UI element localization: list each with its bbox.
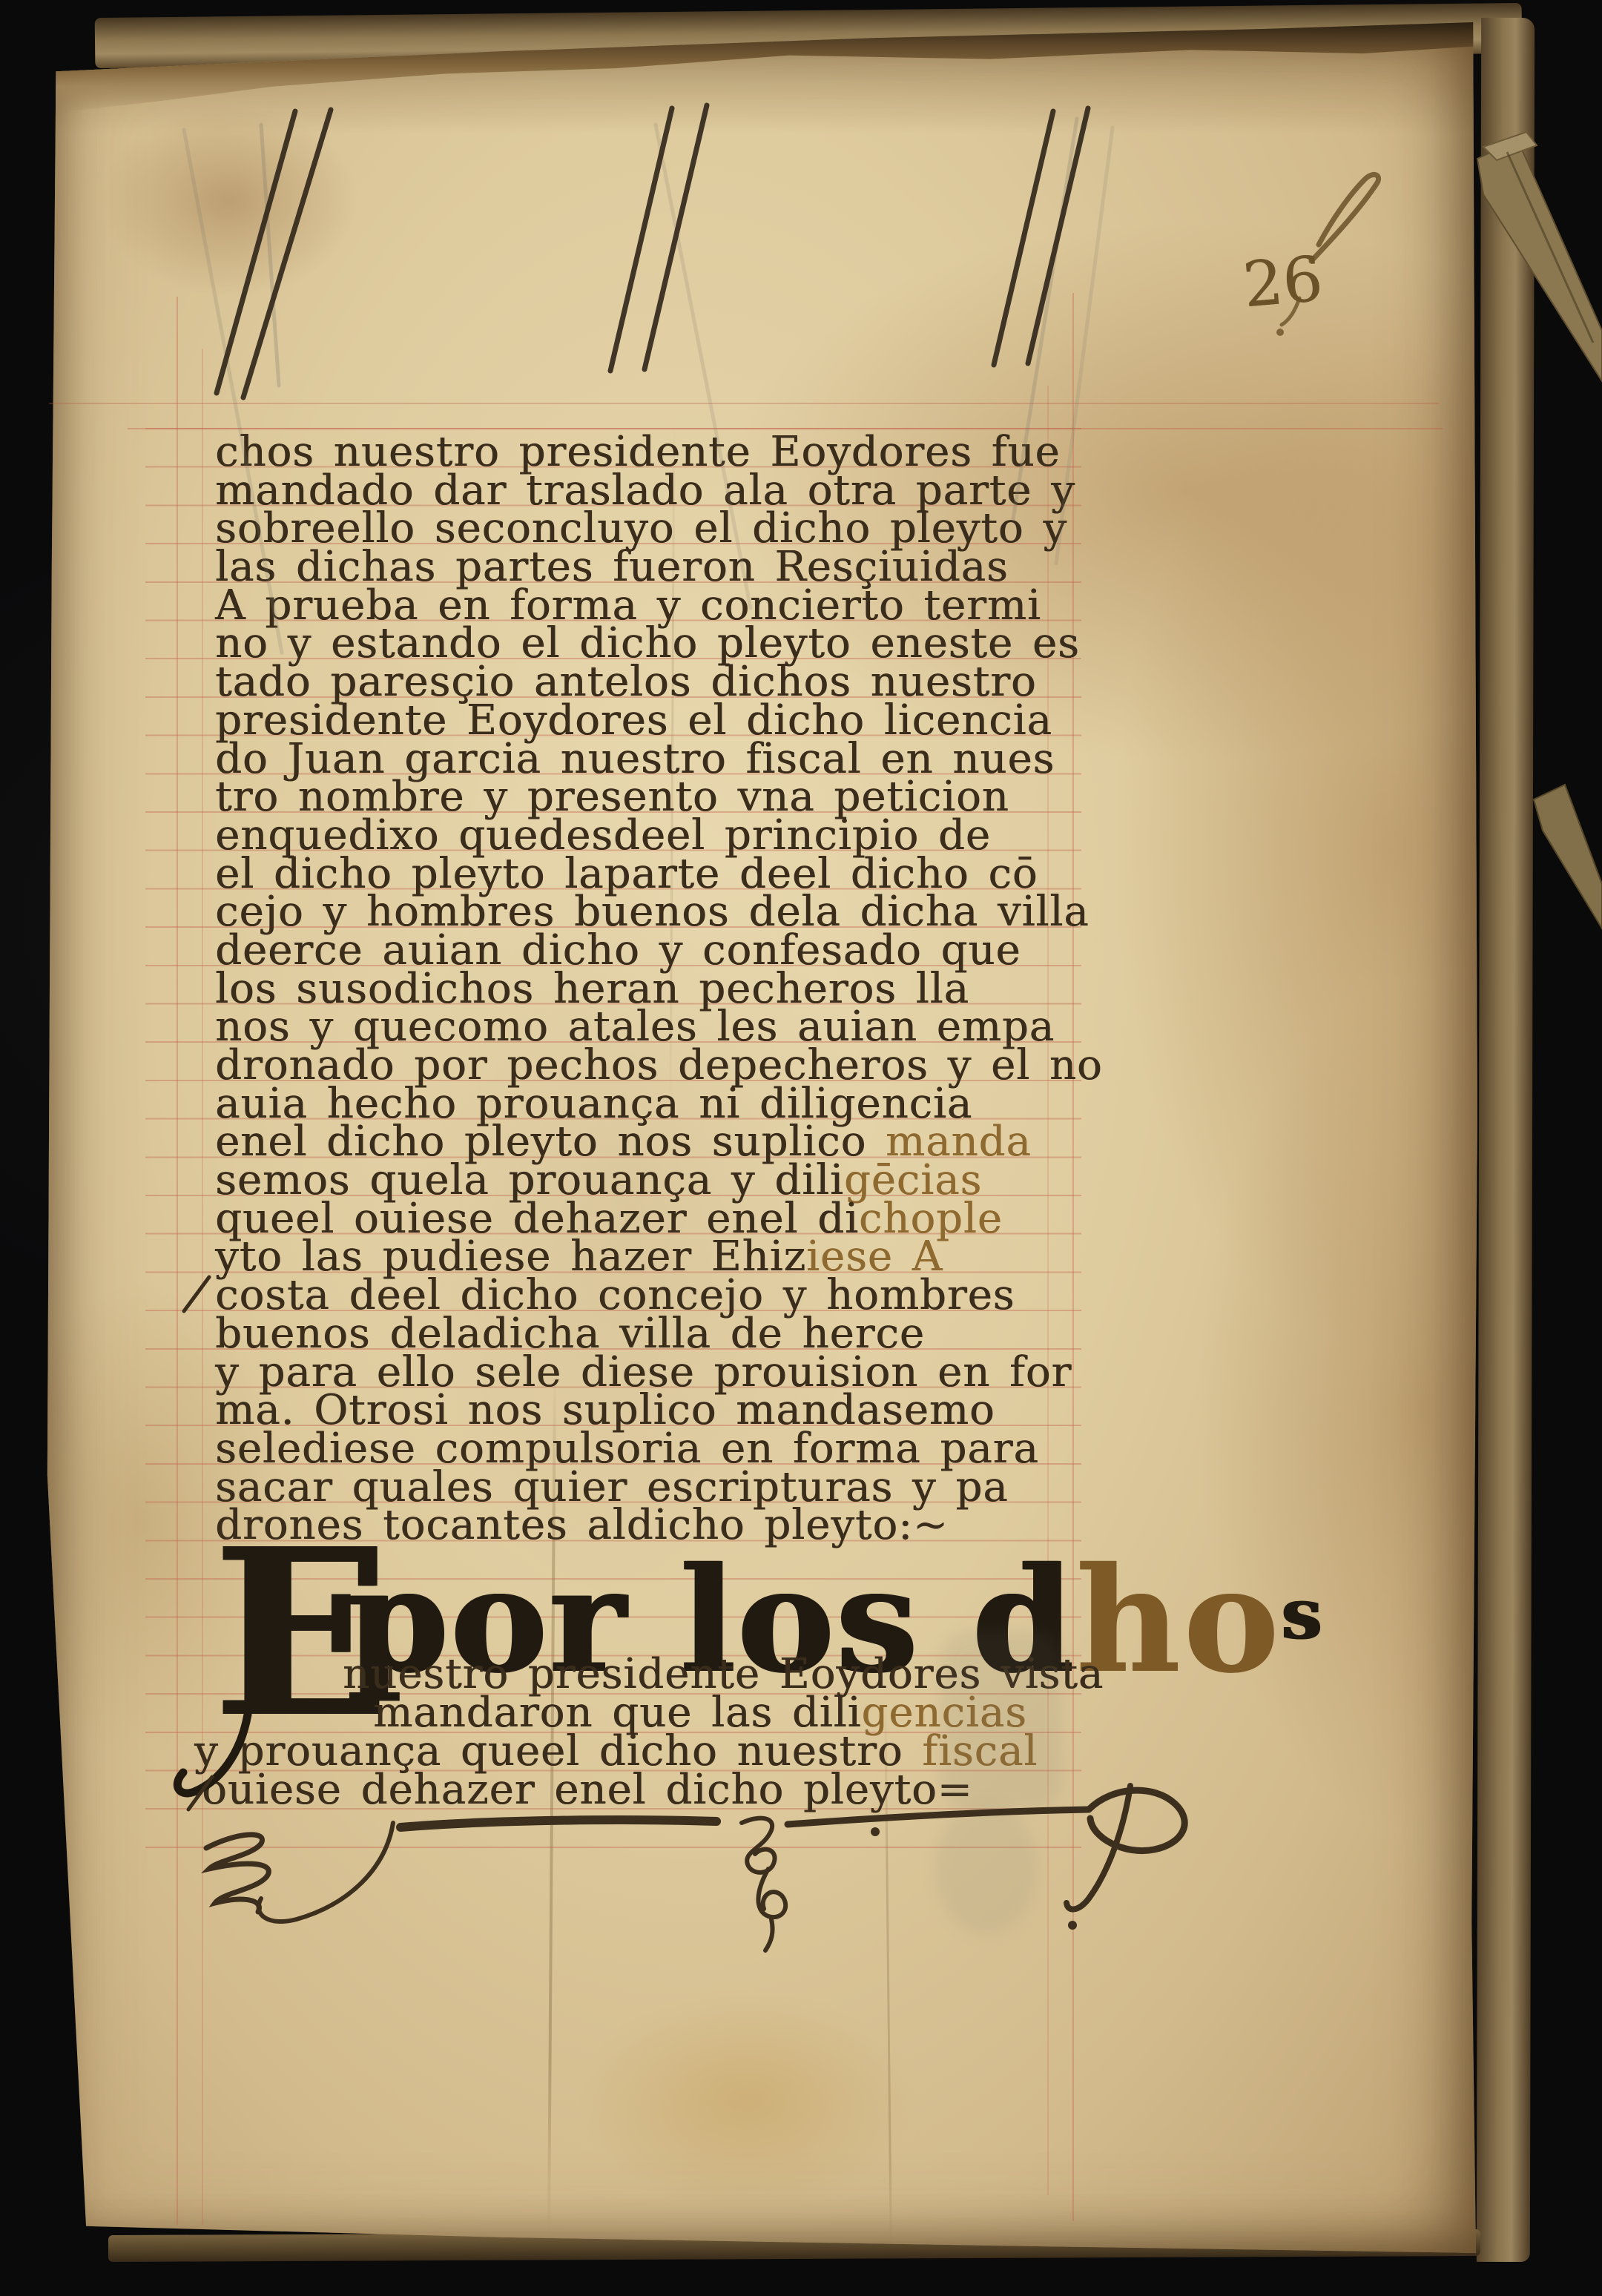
ruled-line-top-outer: [49, 403, 1439, 404]
margin-rule-left-inner: [202, 349, 203, 2225]
photo-backdrop: 26 chos nuestro presidente Eoydores fuem…: [0, 0, 1602, 2296]
manuscript-text-block: chos nuestro presidente Eoydores fuemand…: [215, 433, 1142, 1545]
display-rest-faded: ho: [1075, 1535, 1282, 1705]
display-superscript: s: [1282, 1542, 1321, 1686]
binding-strap-lower: [1534, 785, 1602, 928]
book-cover-fore-edge: [1477, 18, 1535, 2262]
margin-rule-left-outer: [177, 297, 178, 2225]
closing-line-4: ouiese dehazer enel dicho pleyto=: [202, 1771, 973, 1810]
folio-number: 26: [1241, 248, 1325, 317]
